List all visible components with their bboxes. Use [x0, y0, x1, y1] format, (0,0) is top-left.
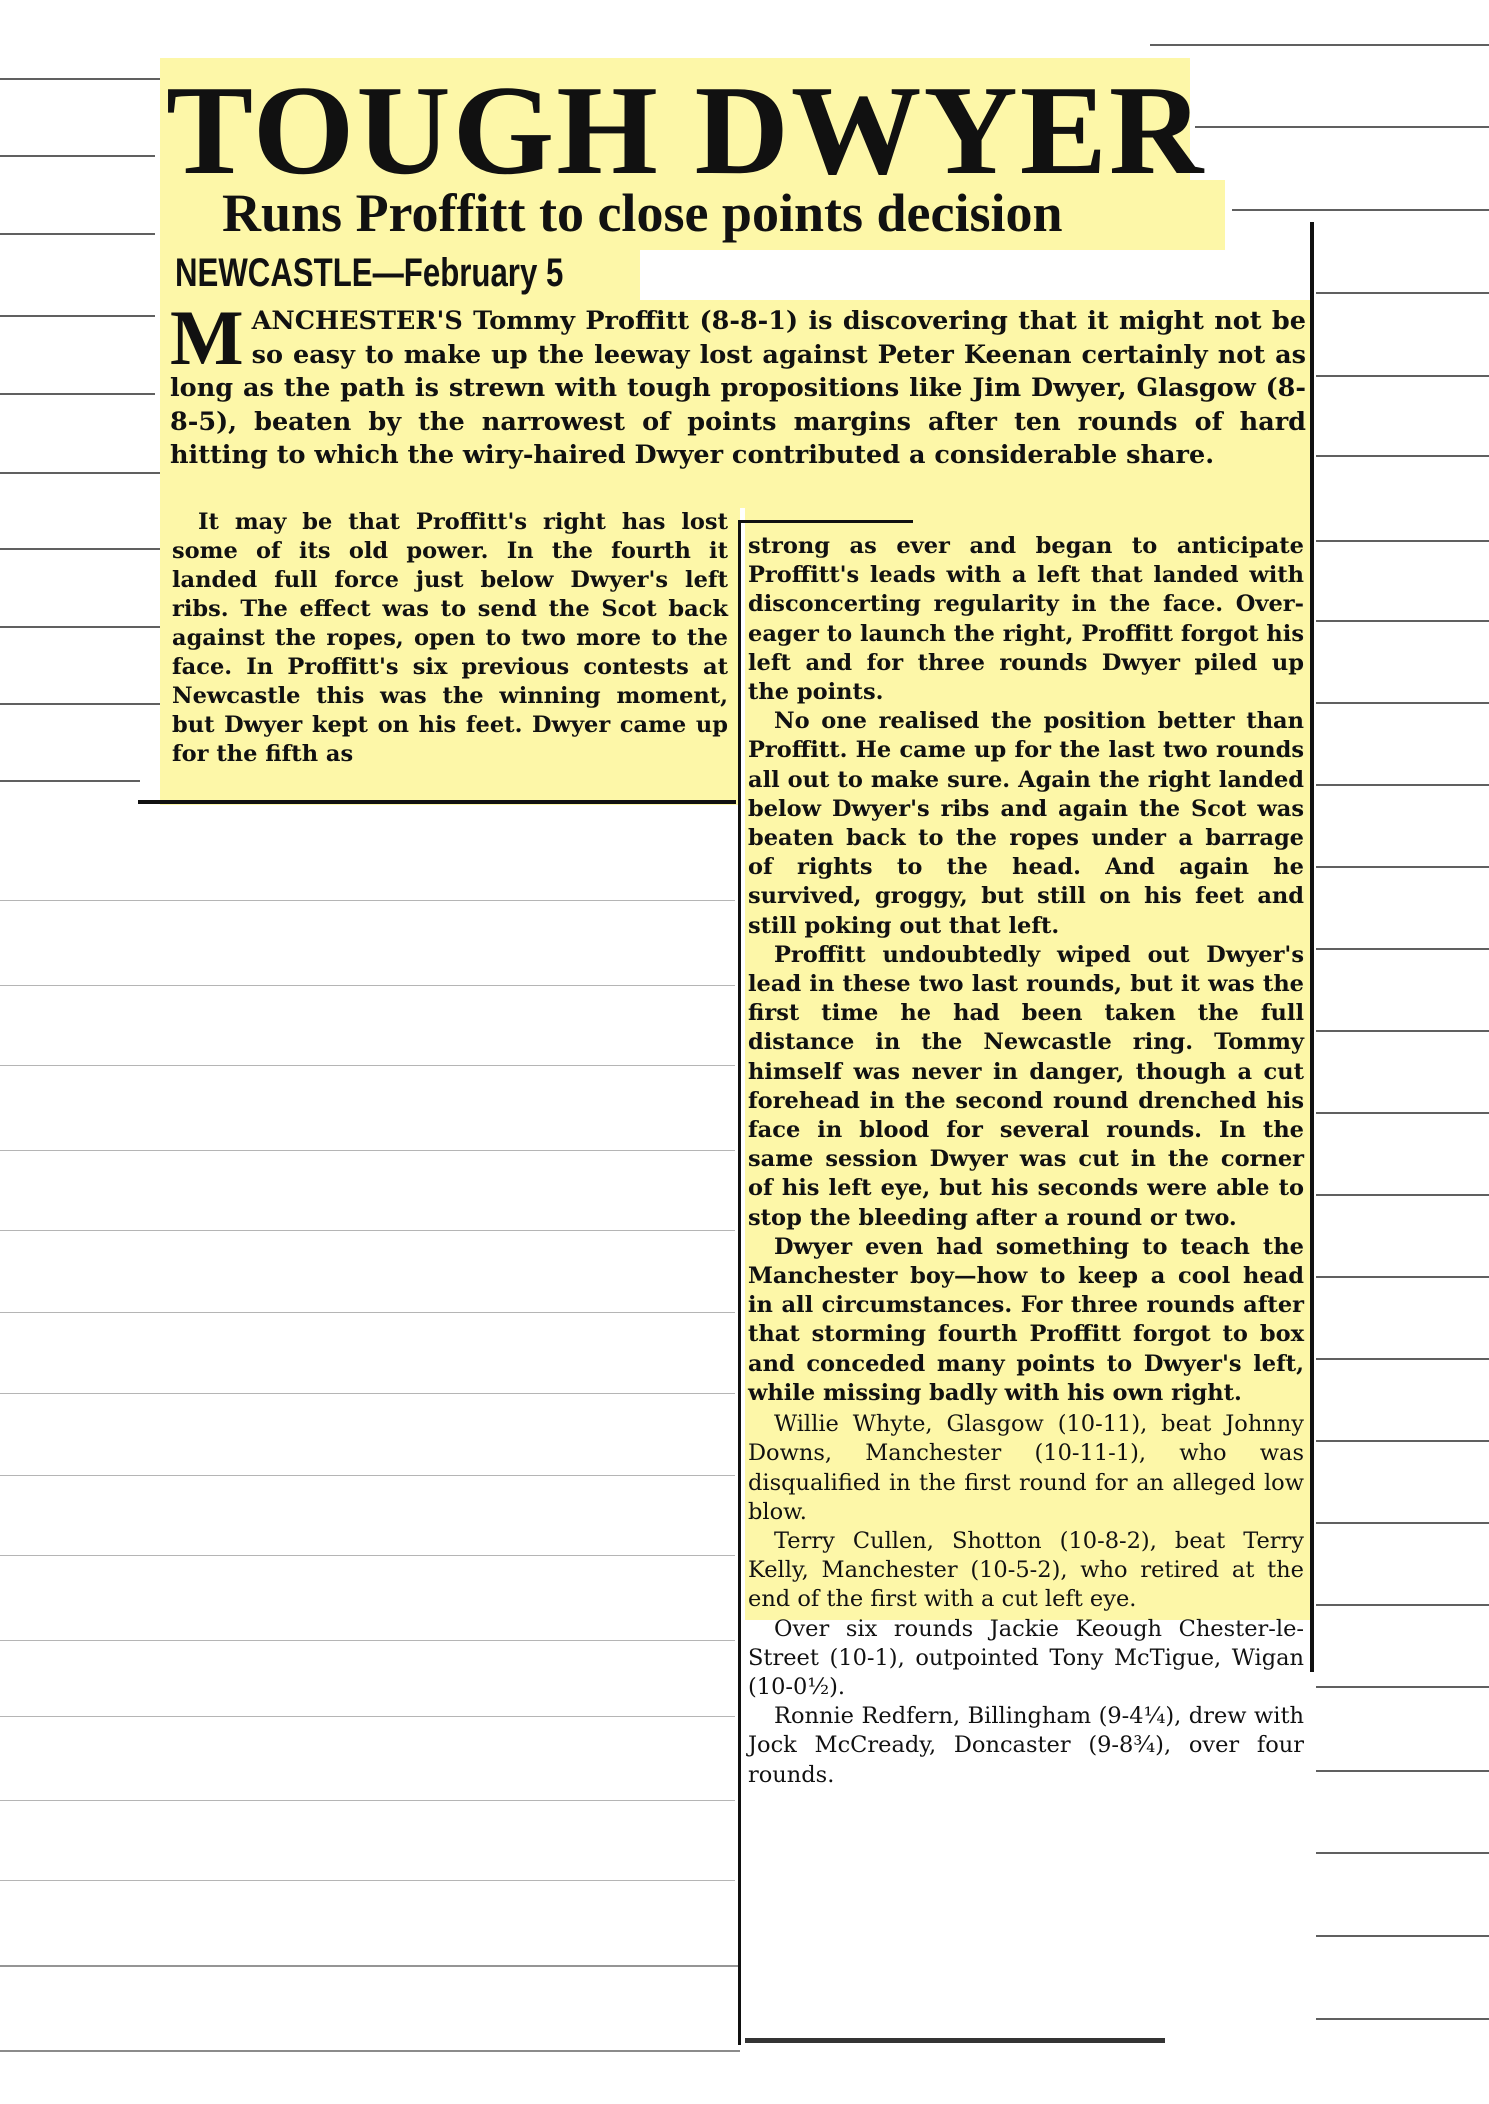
- ruled-line: [1316, 1194, 1489, 1196]
- right-column-paragraph: Dwyer even had something to teach the Ma…: [748, 1233, 1304, 1408]
- ruled-line: [1316, 540, 1489, 542]
- ruled-line: [1316, 948, 1489, 950]
- ruled-line: [1316, 1440, 1489, 1442]
- ruled-line: [0, 626, 165, 628]
- ruled-line: [0, 1312, 735, 1313]
- result-item: Willie Whyte, Glasgow (10-11), beat John…: [748, 1410, 1304, 1527]
- ruled-line: [0, 1965, 740, 1967]
- ruled-line: [0, 1640, 735, 1641]
- right-column-paragraph: strong as ever and began to anticipate P…: [748, 532, 1304, 707]
- ruled-line: [1316, 292, 1489, 294]
- ruled-line: [1316, 1604, 1489, 1606]
- dateline: NEWCASTLE—February 5: [175, 248, 563, 298]
- ruled-line: [0, 78, 160, 80]
- column-rule-right: [1310, 222, 1314, 1672]
- intro-paragraph: MANCHESTER'S Tommy Proffitt (8-8-1) is d…: [170, 305, 1306, 473]
- ruled-line: [1195, 126, 1489, 128]
- ruled-line: [0, 1716, 735, 1717]
- subheadline: Runs Proffitt to close points decision: [222, 182, 1063, 244]
- left-column-paragraph: It may be that Proffitt's right has lost…: [172, 508, 728, 769]
- ruled-line: [1316, 1112, 1489, 1114]
- ruled-line: [0, 1555, 735, 1556]
- ruled-line: [0, 548, 165, 550]
- intro-text: ANCHESTER'S Tommy Proffitt (8-8-1) is di…: [170, 306, 1306, 470]
- result-item: Over six rounds Jackie Keough Chester-le…: [748, 1615, 1304, 1703]
- ruled-line: [1316, 375, 1489, 377]
- other-results: Willie Whyte, Glasgow (10-11), beat John…: [748, 1410, 1304, 1790]
- column-rule-middle: [738, 520, 741, 2045]
- ruled-line: [0, 155, 155, 157]
- ruled-line: [0, 703, 165, 705]
- left-column: It may be that Proffitt's right has lost…: [172, 508, 728, 769]
- ruled-line: [0, 233, 155, 235]
- ruled-line: [1232, 209, 1489, 211]
- ruled-line: [1316, 620, 1489, 622]
- ruled-line: [1316, 702, 1489, 704]
- ruled-line: [0, 1393, 735, 1394]
- right-column-paragraph: No one realised the position better than…: [748, 707, 1304, 941]
- ruled-line: [1316, 1686, 1489, 1688]
- result-item: Ronnie Redfern, Billingham (9-4¼), drew …: [748, 1702, 1304, 1790]
- result-item: Terry Cullen, Shotton (10-8-2), beat Ter…: [748, 1527, 1304, 1615]
- clipping-bottom-edge: [745, 2038, 1165, 2043]
- ruled-line: [0, 900, 735, 901]
- ruled-line: [1316, 1852, 1489, 1854]
- ruled-line: [0, 1230, 735, 1231]
- ruled-line: [0, 780, 140, 782]
- ruled-line: [1316, 1276, 1489, 1278]
- ruled-line: [0, 393, 155, 395]
- ruled-line: [1316, 784, 1489, 786]
- ruled-line: [1316, 1770, 1489, 1772]
- ruled-line: [0, 1475, 735, 1476]
- ruled-line: [1316, 866, 1489, 868]
- ruled-line: [0, 2050, 740, 2052]
- right-column-paragraph: Proffitt undoubtedly wiped out Dwyer's l…: [748, 941, 1304, 1233]
- ruled-line: [1316, 1522, 1489, 1524]
- ruled-line: [1316, 1030, 1489, 1032]
- drop-cap: M: [170, 307, 244, 369]
- ruled-line: [0, 1065, 735, 1066]
- ruled-line: [0, 315, 155, 317]
- ruled-line: [1316, 2018, 1489, 2020]
- right-column: strong as ever and began to anticipate P…: [748, 532, 1304, 1790]
- ruled-line: [1316, 455, 1489, 457]
- ruled-line: [1316, 1935, 1489, 1937]
- left-column-bottom-edge: [138, 800, 736, 804]
- ruled-line: [1316, 1358, 1489, 1360]
- ruled-line: [1150, 44, 1489, 46]
- ruled-line: [0, 1880, 735, 1881]
- headline: TOUGH DWYER: [166, 70, 1205, 190]
- ruled-line: [0, 1800, 735, 1801]
- column-rule-top: [738, 520, 913, 523]
- ruled-line: [0, 1150, 735, 1151]
- ruled-line: [0, 472, 160, 474]
- ruled-line: [0, 985, 735, 986]
